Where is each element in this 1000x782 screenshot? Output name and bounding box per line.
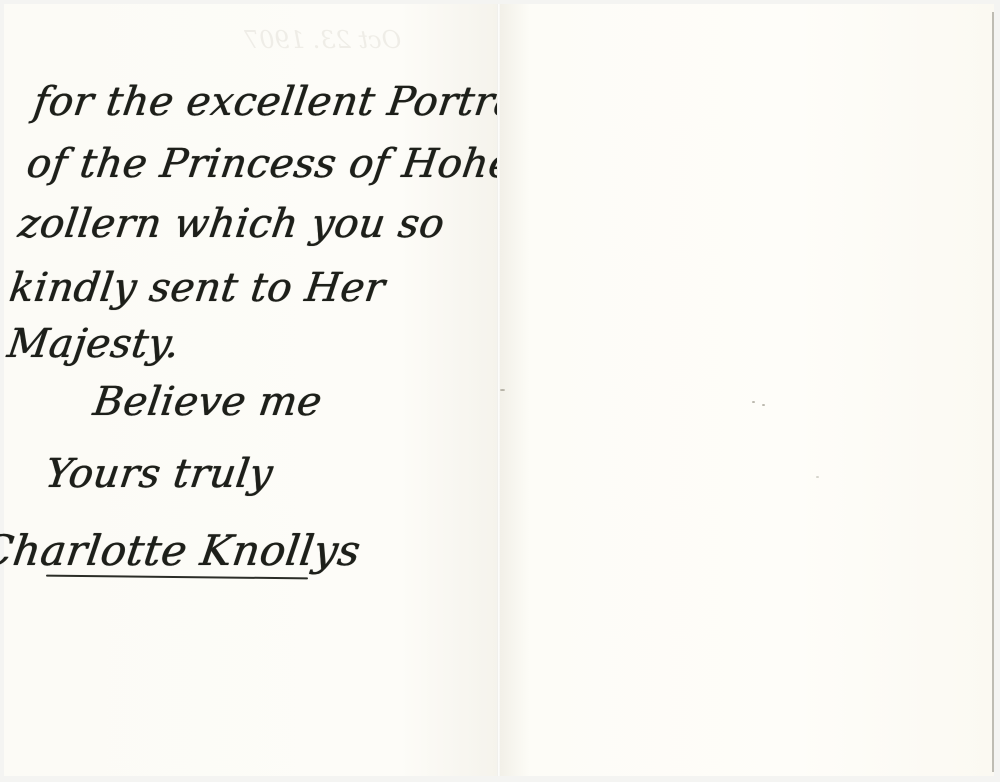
ink-show-through-date: Oct 23. 1907 (244, 26, 401, 54)
body-line-1: for the excellent Portrait (31, 82, 551, 122)
paper-speck (752, 401, 755, 403)
closing-believe-me: Believe me (91, 382, 325, 422)
paper-speck (500, 389, 505, 391)
body-line-3: zollern which you so (16, 204, 447, 244)
body-line-5: Majesty. (5, 324, 182, 364)
closing-yours-truly: Yours truly (43, 454, 276, 494)
letter-sheet: Oct 23. 1907 for the excellent Portrait … (4, 4, 994, 776)
paper-speck (762, 404, 765, 406)
left-page: Oct 23. 1907 for the excellent Portrait … (4, 4, 498, 776)
paper-speck (816, 476, 819, 478)
body-line-2: of the Princess of Hohen: (24, 144, 556, 184)
signature: Charlotte Knollys (0, 530, 363, 572)
paper-right-edge (992, 12, 994, 772)
right-page: ··· ··· ɛɜ (500, 4, 994, 776)
signature-underline (46, 575, 308, 580)
body-line-4: kindly sent to Her (7, 268, 387, 308)
